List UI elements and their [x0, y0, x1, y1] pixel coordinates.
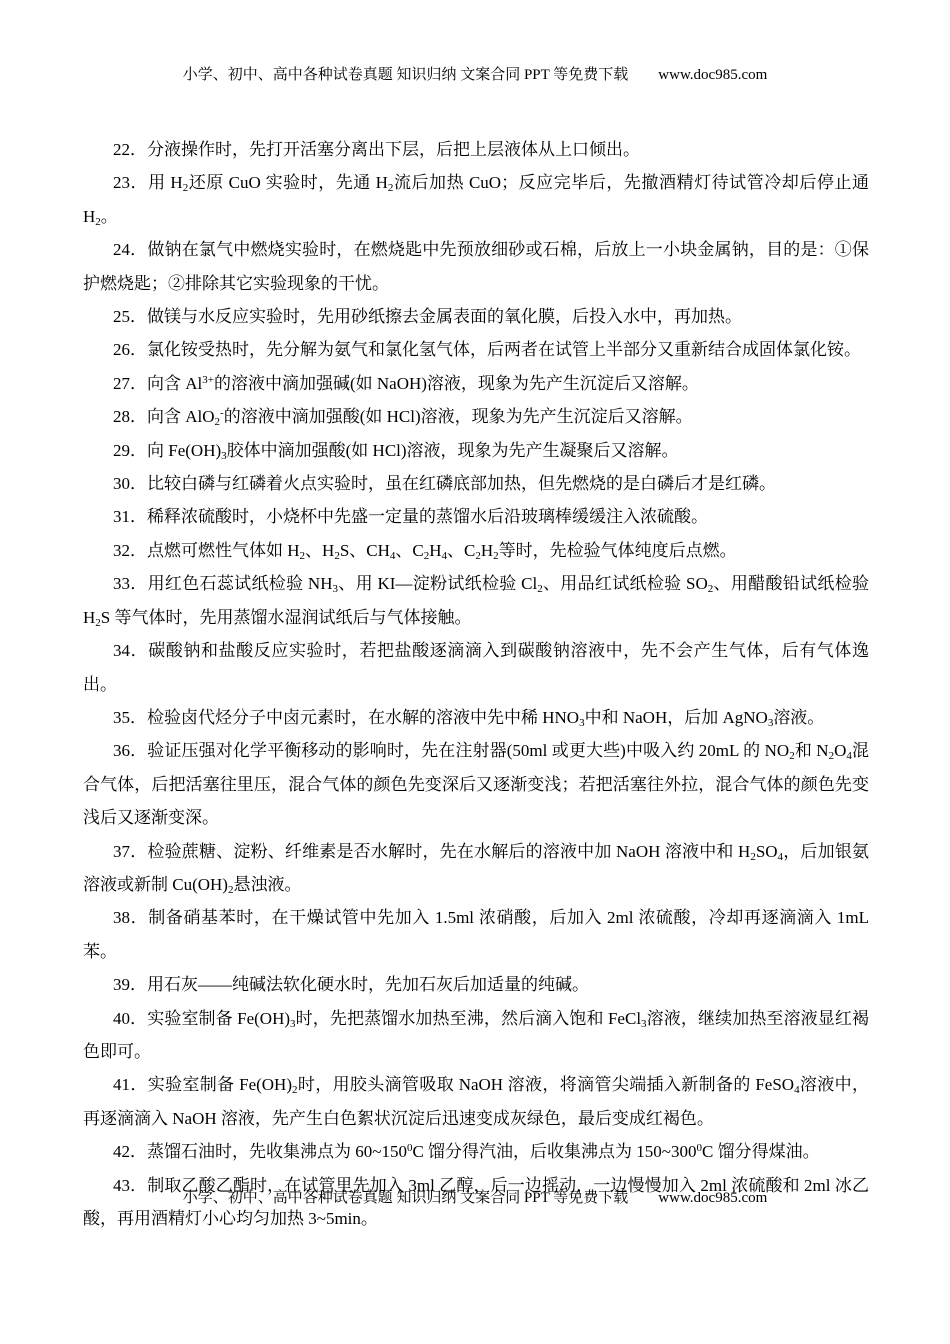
paragraph-26: 26．氯化铵受热时，先分解为氨气和氯化氢气体，后两者在试管上半部分又重新结合成固…: [83, 333, 869, 366]
paragraph-41: 41．实验室制备 Fe(OH)2时，用胶头滴管吸取 NaOH 溶液，将滴管尖端插…: [83, 1068, 869, 1135]
paragraph-24: 24．做钠在氯气中燃烧实验时，在燃烧匙中先预放细砂或石棉，后放上一小块金属钠，目…: [83, 233, 869, 300]
paragraph-25: 25．做镁与水反应实验时，先用砂纸擦去金属表面的氧化膜，后投入水中，再加热。: [83, 300, 869, 333]
body-text: 29．向 Fe(OH): [113, 441, 221, 460]
paragraph-37: 37．检验蔗糖、淀粉、纤维素是否水解时，先在水解后的溶液中加 NaOH 溶液中和…: [83, 835, 869, 902]
body-text: 、用 KI—淀粉试纸检验 Cl: [338, 574, 537, 593]
body-text: 的溶液中滴加强碱(如 NaOH)溶液，现象为先产生沉淀后又溶解。: [214, 374, 699, 393]
body-text: 22．分液操作时，先打开活塞分离出下层，后把上层液体从上口倾出。: [113, 140, 640, 159]
body-text: 27．向含 Al: [113, 374, 202, 393]
paragraph-33: 33．用红色石蕊试纸检验 NH3、用 KI—淀粉试纸检验 Cl2、用品红试纸检验…: [83, 567, 869, 634]
body-text: 32．点燃可燃性气体如 H: [113, 541, 300, 560]
body-text: 、C: [395, 541, 423, 560]
footer-url: www.doc985.com: [658, 1190, 767, 1206]
body-text: 25．做镁与水反应实验时，先用砂纸擦去金属表面的氧化膜，后投入水中，再加热。: [113, 307, 742, 326]
paragraph-30: 30．比较白磷与红磷着火点实验时，虽在红磷底部加热，但先燃烧的是白磷后才是红磷。: [83, 467, 869, 500]
body-text: 33．用红色石蕊试纸检验 NH: [113, 574, 333, 593]
page-header: 小学、初中、高中各种试卷真题 知识归纳 文案合同 PPT 等免费下载www.do…: [0, 63, 950, 84]
paragraph-35: 35．检验卤代烃分子中卤元素时，在水解的溶液中先中稀 HNO3中和 NaOH，后…: [83, 701, 869, 734]
body-text: 时，用胶头滴管吸取 NaOH 溶液，将滴管尖端插入新制备的 FeSO: [298, 1075, 795, 1094]
body-text: S、CH: [340, 541, 390, 560]
paragraph-31: 31．稀释浓硫酸时，小烧杯中先盛一定量的蒸馏水后沿玻璃棒缓缓注入浓硫酸。: [83, 500, 869, 533]
body-text: 36．验证压强对化学平衡移动的影响时，先在注射器(50ml 或更大些)中吸入约 …: [113, 741, 789, 760]
body-text: 39．用石灰——纯碱法软化硬水时，先加石灰后加适量的纯碱。: [113, 975, 589, 994]
paragraph-38: 38．制备硝基苯时，在干燥试管中先加入 1.5ml 浓硝酸，后加入 2ml 浓硫…: [83, 901, 869, 968]
body-text: H: [429, 541, 441, 560]
paragraph-40: 40．实验室制备 Fe(OH)3时，先把蒸馏水加热至沸，然后滴入饱和 FeCl3…: [83, 1002, 869, 1069]
body-text: 24．做钠在氯气中燃烧实验时，在燃烧匙中先预放细砂或石棉，后放上一小块金属钠，目…: [83, 240, 869, 292]
body-text: 23．用 H: [113, 173, 183, 192]
body-text: 。: [101, 207, 118, 226]
body-text: 34．碳酸钠和盐酸反应实验时，若把盐酸逐滴滴入到碳酸钠溶液中，先不会产生气体，后…: [83, 641, 869, 693]
sup-text: 3+: [202, 374, 214, 386]
body-text: 悬浊液。: [233, 875, 301, 894]
body-text: C 馏分得煤油。: [702, 1142, 820, 1161]
body-text: H: [481, 541, 493, 560]
body-text: 41．实验室制备 Fe(OH): [113, 1075, 292, 1094]
body-text: SO: [756, 842, 778, 861]
body-text: 溶液。: [773, 708, 824, 727]
page-footer: 小学、初中、高中各种试卷真题 知识归纳 文案合同 PPT 等免费下载www.do…: [0, 1186, 950, 1207]
header-url: www.doc985.com: [658, 67, 767, 83]
body-text: 28．向含 AlO: [113, 407, 215, 426]
body-text: 、C: [447, 541, 475, 560]
body-text: 37．检验蔗糖、淀粉、纤维素是否水解时，先在水解后的溶液中加 NaOH 溶液中和…: [113, 842, 750, 861]
body-text: 40．实验室制备 Fe(OH): [113, 1009, 290, 1028]
body-text: 中和 NaOH，后加 AgNO: [585, 708, 768, 727]
paragraph-23: 23．用 H2还原 CuO 实验时，先通 H2流后加热 CuO；反应完毕后，先撤…: [83, 166, 869, 233]
body-text: 时，先把蒸馏水加热至沸，然后滴入饱和 FeCl: [296, 1009, 642, 1028]
paragraph-29: 29．向 Fe(OH)3胶体中滴加强酸(如 HCl)溶液，现象为先产生凝聚后又溶…: [83, 434, 869, 467]
header-label: 小学、初中、高中各种试卷真题 知识归纳 文案合同 PPT 等免费下载: [183, 67, 629, 83]
body-text: 还原 CuO 实验时，先通 H: [188, 173, 388, 192]
paragraph-22: 22．分液操作时，先打开活塞分离出下层，后把上层液体从上口倾出。: [83, 133, 869, 166]
body-text: 38．制备硝基苯时，在干燥试管中先加入 1.5ml 浓硝酸，后加入 2ml 浓硫…: [83, 908, 869, 960]
body-text: 30．比较白磷与红磷着火点实验时，虽在红磷底部加热，但先燃烧的是白磷后才是红磷。: [113, 474, 776, 493]
footer-label: 小学、初中、高中各种试卷真题 知识归纳 文案合同 PPT 等免费下载: [183, 1190, 629, 1206]
paragraph-39: 39．用石灰——纯碱法软化硬水时，先加石灰后加适量的纯碱。: [83, 968, 869, 1001]
body-text: 31．稀释浓硫酸时，小烧杯中先盛一定量的蒸馏水后沿玻璃棒缓缓注入浓硫酸。: [113, 507, 708, 526]
body-text: 胶体中滴加强酸(如 HCl)溶液，现象为先产生凝聚后又溶解。: [227, 441, 679, 460]
body-text: 、用品红试纸检验 SO: [543, 574, 708, 593]
body-text: 42．蒸馏石油时，先收集沸点为 60~150: [113, 1142, 407, 1161]
body-text: 26．氯化铵受热时，先分解为氨气和氯化氢气体，后两者在试管上半部分又重新结合成固…: [113, 340, 861, 359]
body-text: 35．检验卤代烃分子中卤元素时，在水解的溶液中先中稀 HNO: [113, 708, 579, 727]
paragraph-27: 27．向含 Al3+的溶液中滴加强碱(如 NaOH)溶液，现象为先产生沉淀后又溶…: [83, 367, 869, 400]
document-body: 22．分液操作时，先打开活塞分离出下层，后把上层液体从上口倾出。23．用 H2还…: [83, 133, 869, 1235]
paragraph-42: 42．蒸馏石油时，先收集沸点为 60~1500C 馏分得汽油，后收集沸点为 15…: [83, 1135, 869, 1168]
paragraph-36: 36．验证压强对化学平衡移动的影响时，先在注射器(50ml 或更大些)中吸入约 …: [83, 734, 869, 834]
body-text: 、H: [305, 541, 334, 560]
paragraph-32: 32．点燃可燃性气体如 H2、H2S、CH4、C2H4、C2H2等时，先检验气体…: [83, 534, 869, 567]
body-text: 的溶液中滴加强酸(如 HCl)溶液，现象为先产生沉淀后又溶解。: [224, 407, 693, 426]
document-page: 小学、初中、高中各种试卷真题 知识归纳 文案合同 PPT 等免费下载www.do…: [0, 0, 950, 1344]
body-text: O: [834, 741, 846, 760]
body-text: C 馏分得汽油，后收集沸点为 150~300: [412, 1142, 696, 1161]
body-text: S 等气体时，先用蒸馏水湿润试纸后与气体接触。: [101, 608, 472, 627]
paragraph-28: 28．向含 AlO2-的溶液中滴加强酸(如 HCl)溶液，现象为先产生沉淀后又溶…: [83, 400, 869, 433]
paragraph-34: 34．碳酸钠和盐酸反应实验时，若把盐酸逐滴滴入到碳酸钠溶液中，先不会产生气体，后…: [83, 634, 869, 701]
body-text: 和 N: [795, 741, 829, 760]
body-text: 等时，先检验气体纯度后点燃。: [499, 541, 737, 560]
